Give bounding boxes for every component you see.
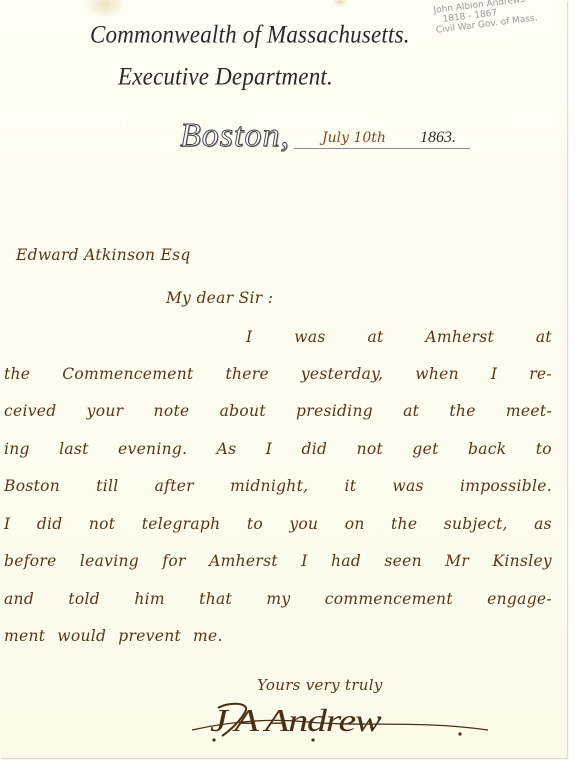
body-word: evening.: [118, 440, 187, 458]
body-word: told: [68, 590, 100, 608]
body-word: would: [57, 627, 106, 645]
signature: J A Andrew: [188, 700, 508, 740]
body-word: your: [87, 402, 124, 420]
body-word: I: [266, 440, 272, 458]
body-word: me.: [193, 627, 223, 645]
body-word: as: [534, 515, 552, 533]
dateline-city: Boston,: [180, 117, 290, 155]
body-word: for: [162, 552, 185, 570]
body-word: telegraph: [142, 515, 221, 533]
body-word: I: [301, 552, 307, 570]
body-word: re-: [529, 365, 552, 383]
body-line: ceivedyournoteaboutpresidingatthemeet-: [4, 402, 552, 420]
body-word: As: [217, 440, 237, 458]
body-word: subject,: [444, 515, 508, 533]
salutation: My dear Sir :: [166, 289, 273, 307]
addressee: Edward Atkinson Esq: [16, 246, 191, 264]
body-word: midnight,: [230, 477, 308, 495]
body-word: on: [345, 515, 365, 533]
body-word: Amherst: [425, 328, 494, 346]
body-word: the: [4, 365, 30, 383]
body-word: I: [4, 515, 10, 533]
body-word: was: [392, 477, 423, 495]
body-word: Kinsley: [493, 552, 552, 570]
body-word: to: [536, 440, 552, 458]
body-word: did: [37, 515, 63, 533]
body-word: commencement: [325, 590, 453, 608]
dateline-rule: [294, 148, 470, 149]
dateline: Boston, July 10th 1863.: [172, 117, 482, 157]
dateline-date: July 10th: [322, 130, 386, 146]
body-word: and: [4, 590, 34, 608]
body-word: leaving: [80, 552, 139, 570]
body-word: presiding: [296, 402, 373, 420]
body-word: ceived: [4, 402, 56, 420]
body-word: at: [403, 402, 419, 420]
body-word: I: [491, 365, 497, 383]
body-word: that: [199, 590, 232, 608]
body-word: when: [415, 365, 459, 383]
body-word: did: [302, 440, 328, 458]
body-word: yesterday,: [301, 365, 383, 383]
body-word: meet-: [506, 402, 552, 420]
body-word: note: [154, 402, 190, 420]
body-word: Commencement: [62, 365, 193, 383]
body-word: at: [367, 328, 383, 346]
body-word: Amherst: [209, 552, 278, 570]
signature-text: J A Andrew: [210, 702, 380, 739]
body-word: had: [331, 552, 361, 570]
body-word: last: [59, 440, 89, 458]
body-word: to: [247, 515, 263, 533]
body-line: inglastevening.AsIdidnotgetbackto: [4, 440, 552, 458]
body-word: prevent: [118, 627, 181, 645]
body-word: engage-: [487, 590, 552, 608]
body-word: Mr: [445, 552, 469, 570]
letterhead-commonwealth: Commonwealth of Massachusetts.: [90, 21, 410, 50]
body-word: ment: [4, 627, 45, 645]
body-line: andtoldhimthatmycommencementengage-: [4, 590, 552, 608]
body-line: Bostontillaftermidnight,itwasimpossible.: [4, 477, 552, 495]
closing: Yours very truly: [257, 676, 383, 694]
body-word: the: [449, 402, 475, 420]
body-word: till: [96, 477, 118, 495]
body-word: the: [391, 515, 417, 533]
body-line: beforeleavingforAmherstIhadseenMrKinsley: [4, 552, 552, 570]
body-word: seen: [384, 552, 421, 570]
body-word: impossible.: [460, 477, 552, 495]
body-word: back: [468, 440, 506, 458]
body-line: IwasatAmherstat: [246, 328, 552, 346]
body-word: I: [246, 328, 252, 346]
body-line: mentwouldpreventme.: [4, 627, 552, 645]
body-word: him: [134, 590, 165, 608]
body-line: Ididnottelegraphtoyouonthesubject,as: [4, 515, 552, 533]
body-word: was: [294, 328, 325, 346]
body-word: ing: [4, 440, 30, 458]
body-word: before: [4, 552, 57, 570]
body-word: about: [220, 402, 266, 420]
letter-page: Commonwealth of Massachusetts. Executive…: [0, 0, 567, 758]
body-word: not: [357, 440, 383, 458]
body-word: it: [344, 477, 356, 495]
dateline-year: 1863.: [420, 129, 456, 147]
body-line: theCommencementthereyesterday,whenIre-: [4, 365, 552, 383]
archival-pencil-note: John Albion Andrews 1818 - 1867 Civil Wa…: [433, 0, 564, 36]
body-word: after: [155, 477, 194, 495]
body-word: not: [89, 515, 115, 533]
body-word: at: [536, 328, 552, 346]
body-word: get: [412, 440, 438, 458]
body-word: you: [289, 515, 318, 533]
body-word: Boston: [4, 477, 60, 495]
body-word: my: [266, 590, 290, 608]
body-word: there: [225, 365, 268, 383]
letterhead-department: Executive Department.: [118, 63, 333, 92]
